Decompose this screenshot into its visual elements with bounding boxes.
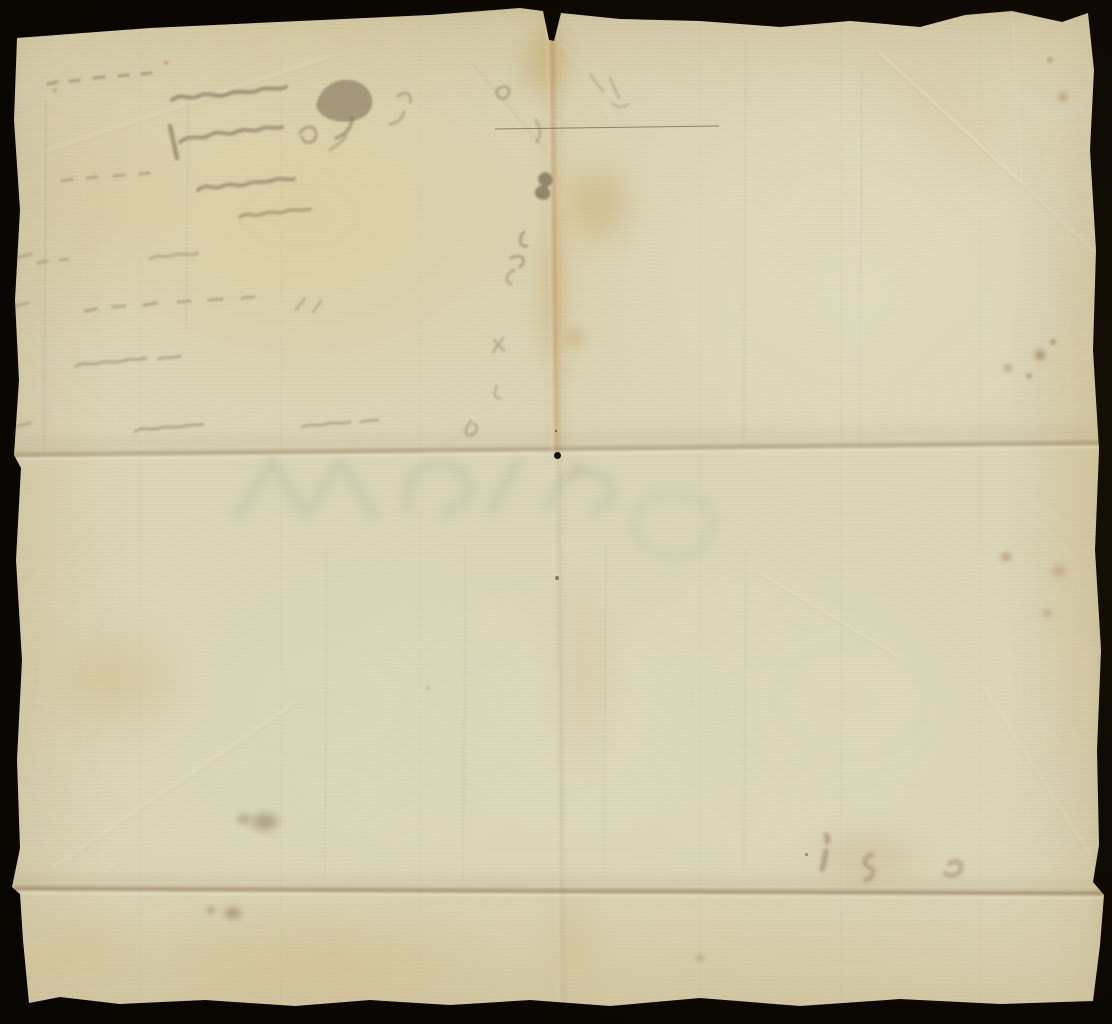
scan-background — [0, 0, 1112, 1024]
paper-top-effects — [0, 0, 1112, 1024]
speck-numeral — [805, 853, 808, 856]
document-paper — [0, 0, 1112, 1024]
pinhole-center — [554, 452, 561, 459]
speck-below — [555, 576, 558, 579]
speck-above — [555, 430, 558, 433]
